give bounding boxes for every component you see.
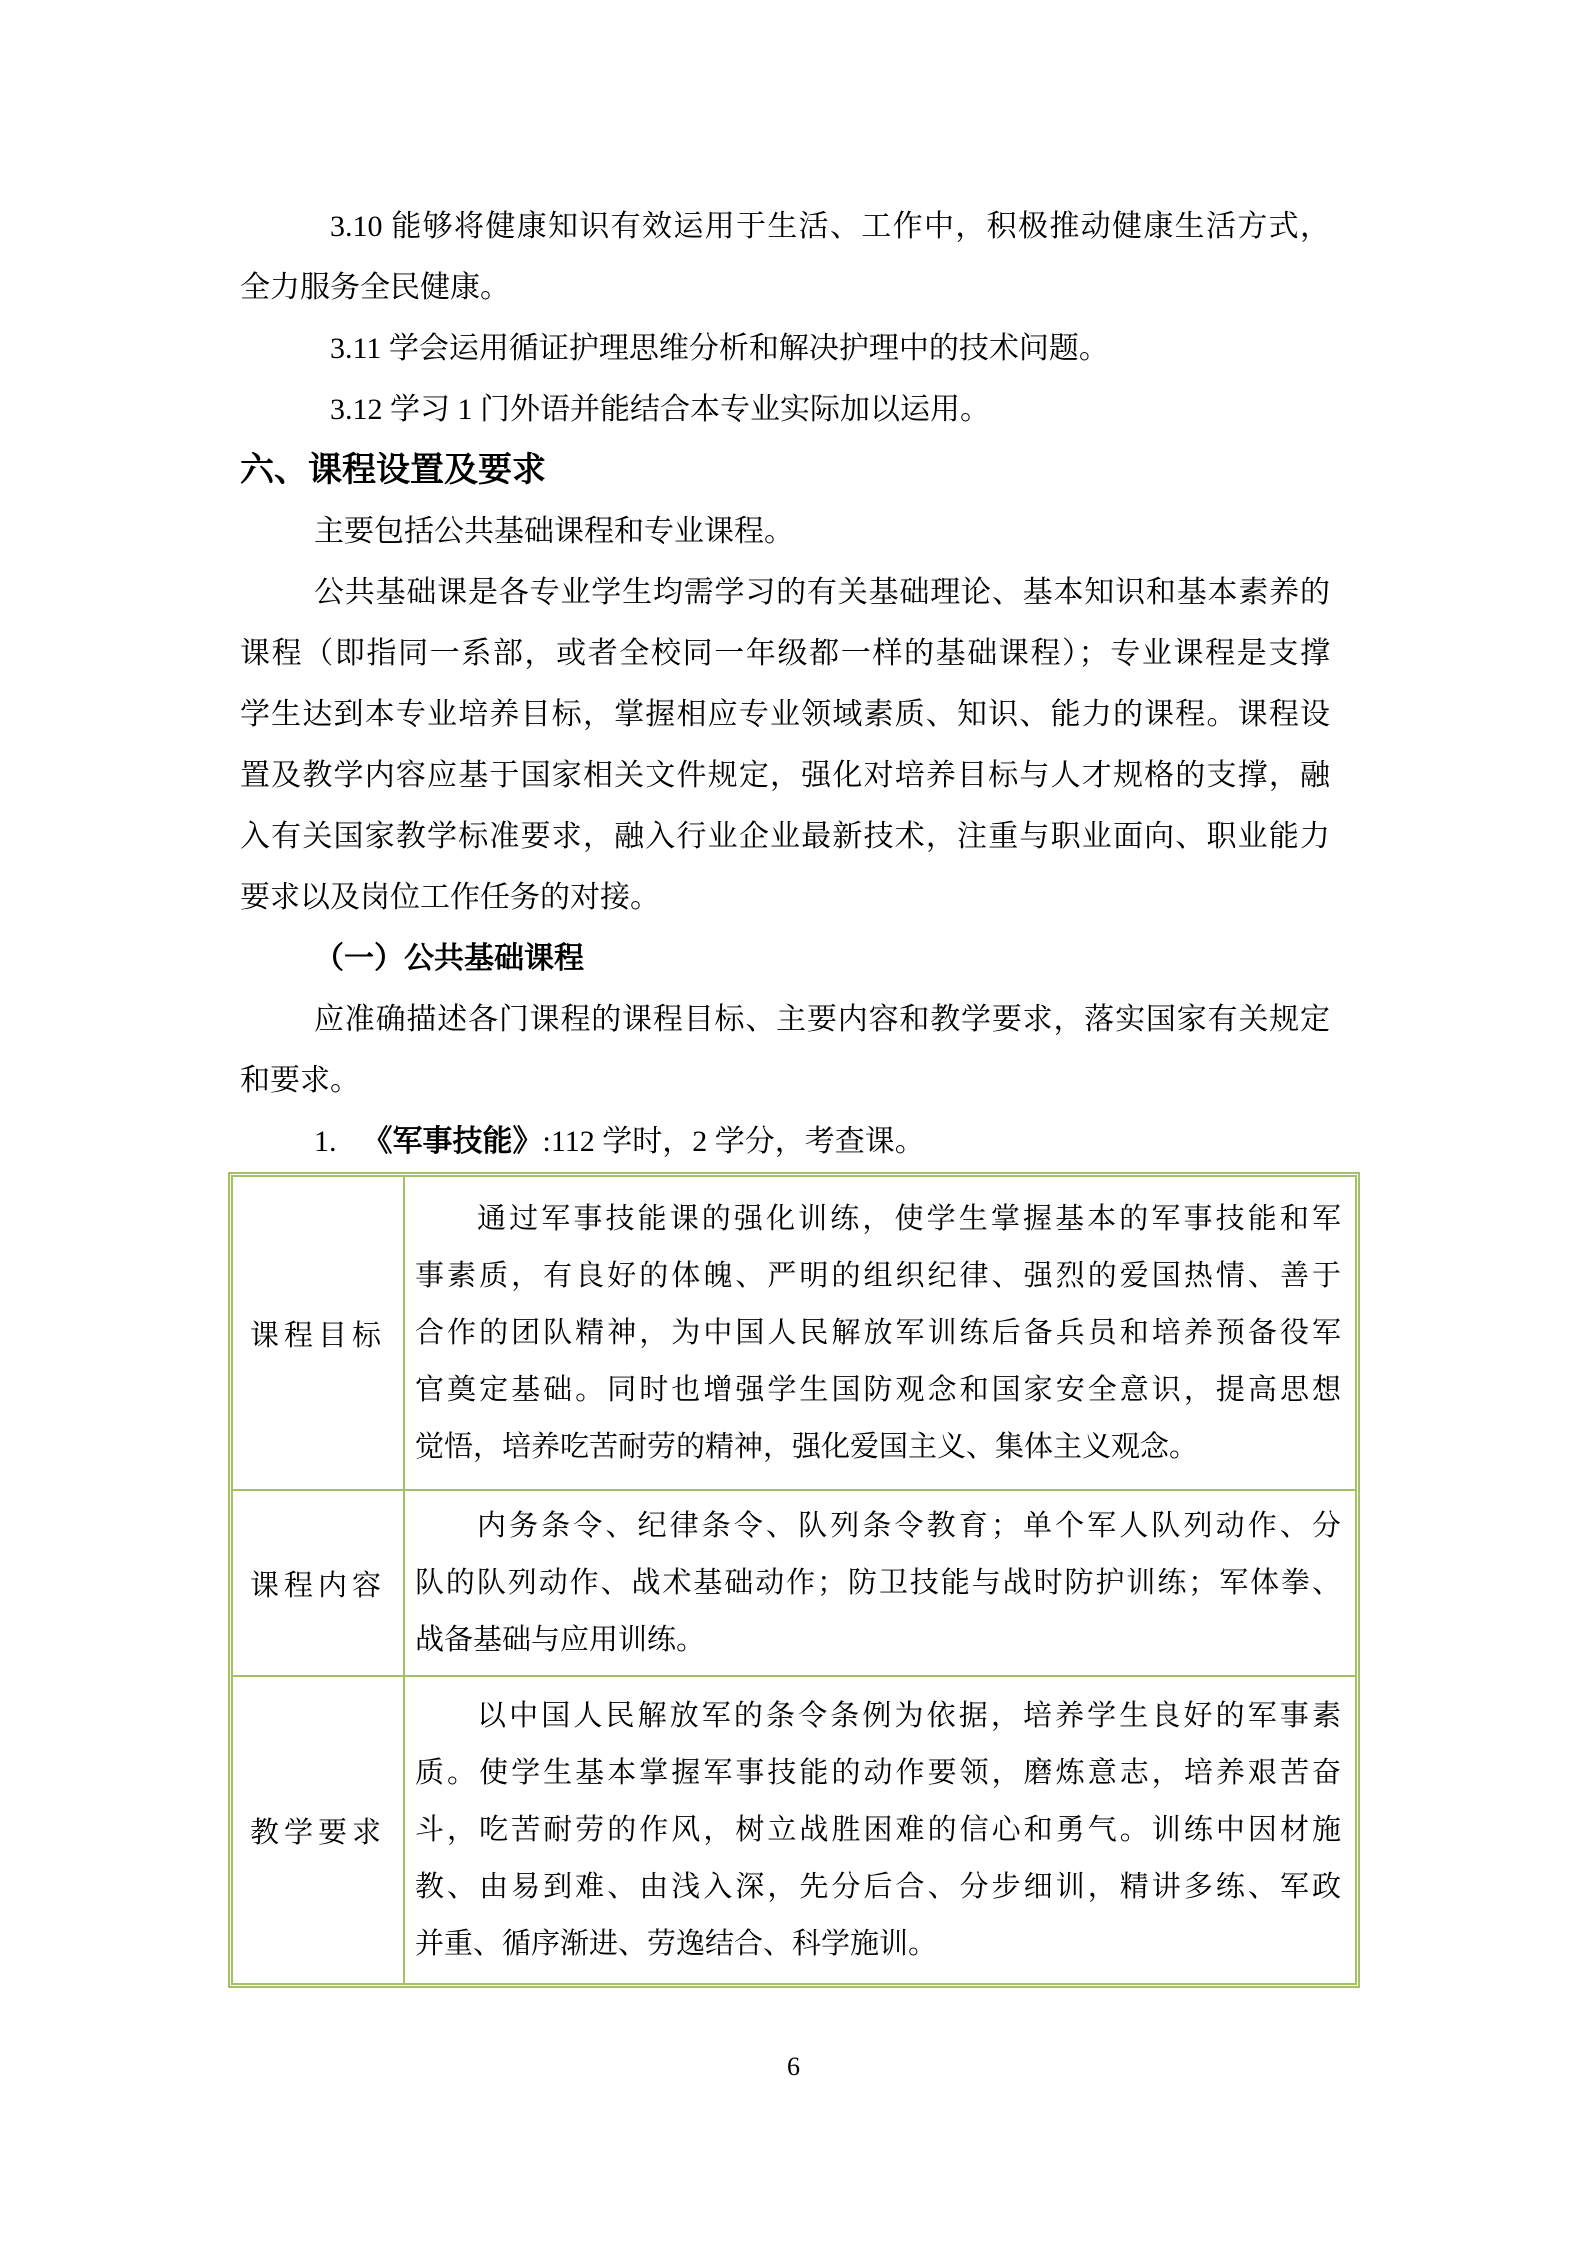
- row-label: 课程目标: [233, 1177, 405, 1489]
- row-content: 以中国人民解放军的条令条例为依据，培养学生良好的军事素 质。使学生基本掌握军事技…: [405, 1677, 1355, 1983]
- row-content: 内务条令、纪律条令、队列条令教育；单个军人队列动作、分 队的队列动作、战术基础动…: [405, 1491, 1355, 1675]
- table-row-objectives: 课程目标 通过军事技能课的强化训练，使学生掌握基本的军事技能和军 事素质，有良好…: [233, 1177, 1355, 1489]
- paragraph-line: 3.12 学习 1 门外语并能结合本专业实际加以运用。: [240, 379, 1330, 440]
- course-item-title: 《军事技能》: [363, 1125, 543, 1158]
- row-label: 课程内容: [233, 1491, 405, 1675]
- row-label: 教学要求: [233, 1677, 405, 1983]
- table-row-requirements: 教学要求 以中国人民解放军的条令条例为依据，培养学生良好的军事素 质。使学生基本…: [233, 1675, 1355, 1983]
- cell-line: 并重、循序渐进、劳逸结合、科学施训。: [415, 1916, 1341, 1973]
- paragraph-line: 应准确描述各门课程的课程目标、主要内容和教学要求，落实国家有关规定: [240, 989, 1330, 1050]
- row-content: 通过军事技能课的强化训练，使学生掌握基本的军事技能和军 事素质，有良好的体魄、严…: [405, 1177, 1355, 1489]
- course-item-number: 1.: [314, 1125, 337, 1158]
- course-table: 课程目标 通过军事技能课的强化训练，使学生掌握基本的军事技能和军 事素质，有良好…: [228, 1172, 1360, 1988]
- page-body: 3.10 能够将健康知识有效运用于生活、工作中，积极推动健康生活方式， 全力服务…: [240, 196, 1330, 1172]
- cell-line: 斗，吃苦耐劳的作风，树立战胜困难的信心和勇气。训练中因材施: [415, 1802, 1341, 1859]
- cell-line: 以中国人民解放军的条令条例为依据，培养学生良好的军事素: [415, 1688, 1341, 1745]
- cell-line: 质。使学生基本掌握军事技能的动作要领，磨炼意志，培养艰苦奋: [415, 1745, 1341, 1802]
- paragraph-line: 置及教学内容应基于国家相关文件规定，强化对培养目标与人才规格的支撑，融: [240, 745, 1330, 806]
- paragraph-line: 课程（即指同一系部，或者全校同一年级都一样的基础课程）；专业课程是支撑: [240, 623, 1330, 684]
- paragraph-line: 3.10 能够将健康知识有效运用于生活、工作中，积极推动健康生活方式，: [240, 196, 1330, 257]
- cell-line: 觉悟，培养吃苦耐劳的精神，强化爱国主义、集体主义观念。: [415, 1419, 1341, 1476]
- cell-line: 战备基础与应用训练。: [415, 1612, 1341, 1669]
- page-number: 6: [0, 2052, 1587, 2082]
- paragraph-line: 主要包括公共基础课程和专业课程。: [240, 501, 1330, 562]
- cell-line: 合作的团队精神，为中国人民解放军训练后备兵员和培养预备役军: [415, 1305, 1341, 1362]
- cell-line: 内务条令、纪律条令、队列条令教育；单个军人队列动作、分: [415, 1498, 1341, 1555]
- subsection-heading: （一）公共基础课程: [240, 928, 1330, 989]
- paragraph-line: 学生达到本专业培养目标，掌握相应专业领域素质、知识、能力的课程。课程设: [240, 684, 1330, 745]
- paragraph-line: 要求以及岗位工作任务的对接。: [240, 867, 1330, 928]
- paragraph-line: 公共基础课是各专业学生均需学习的有关基础理论、基本知识和基本素养的: [240, 562, 1330, 623]
- table-row-content: 课程内容 内务条令、纪律条令、队列条令教育；单个军人队列动作、分 队的队列动作、…: [233, 1489, 1355, 1675]
- cell-line: 队的队列动作、战术基础动作；防卫技能与战时防护训练；军体拳、: [415, 1555, 1341, 1612]
- cell-line: 官奠定基础。同时也增强学生国防观念和国家安全意识，提高思想: [415, 1362, 1341, 1419]
- course-item-detail: :112 学时，2 学分，考查课。: [543, 1125, 925, 1158]
- paragraph-line: 和要求。: [240, 1050, 1330, 1111]
- cell-line: 事素质，有良好的体魄、严明的组织纪律、强烈的爱国热情、善于: [415, 1248, 1341, 1305]
- cell-line: 教、由易到难、由浅入深，先分后合、分步细训，精讲多练、军政: [415, 1859, 1341, 1916]
- paragraph-line: 全力服务全民健康。: [240, 257, 1330, 318]
- cell-line: 通过军事技能课的强化训练，使学生掌握基本的军事技能和军: [415, 1191, 1341, 1248]
- section-heading: 六、课程设置及要求: [240, 440, 1330, 501]
- paragraph-line: 入有关国家教学标准要求，融入行业企业最新技术，注重与职业面向、职业能力: [240, 806, 1330, 867]
- paragraph-line: 3.11 学会运用循证护理思维分析和解决护理中的技术问题。: [240, 318, 1330, 379]
- course-item-line: 1.《军事技能》:112 学时，2 学分，考查课。: [240, 1111, 1330, 1172]
- document-page: 3.10 能够将健康知识有效运用于生活、工作中，积极推动健康生活方式， 全力服务…: [0, 0, 1587, 2245]
